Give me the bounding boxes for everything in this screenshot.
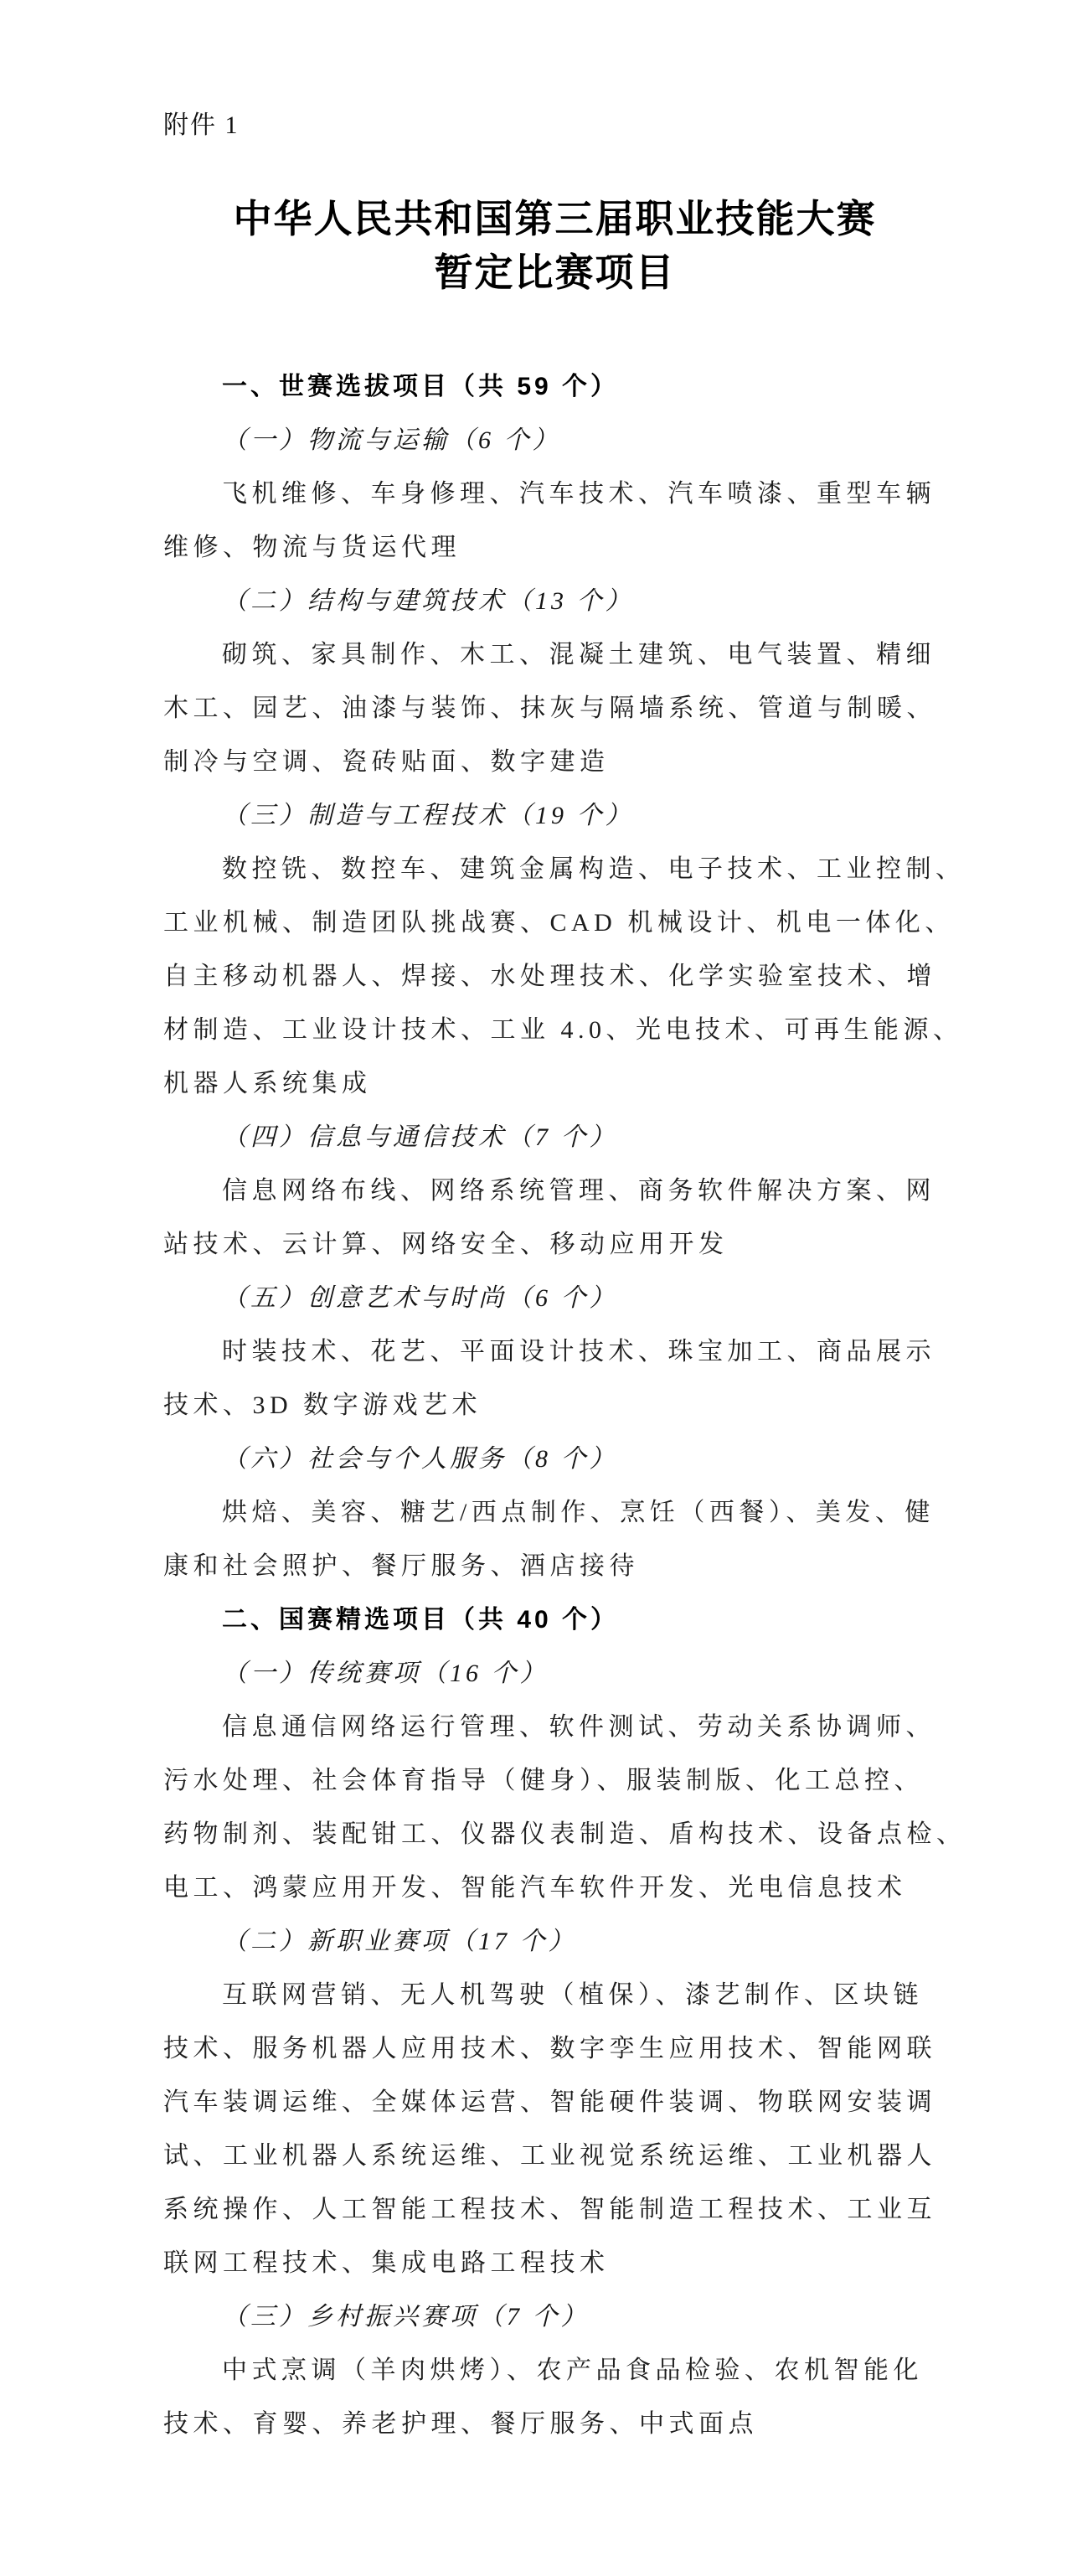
body-line: 中式烹调（羊肉烘烤）、农产品食品检验、农机智能化 [163, 2344, 946, 2398]
body-line: 制冷与空调、瓷砖贴面、数字建造 [163, 736, 946, 789]
subsection-heading: （二）新职业赛项（17 个） [163, 1915, 946, 1969]
body-line: 技术、3D 数字游戏艺术 [163, 1379, 946, 1433]
doc-title-line: 中华人民共和国第三届职业技能大赛 [163, 192, 946, 245]
body-line: 信息通信网络运行管理、软件测试、劳动关系协调师、 [163, 1701, 946, 1754]
document-page: 附件 1 中华人民共和国第三届职业技能大赛暂定比赛项目 一、世赛选拔项目（共 5… [0, 0, 1072, 2576]
subsection-heading: （六）社会与个人服务（8 个） [163, 1433, 946, 1486]
body-line: 技术、育婴、养老护理、餐厅服务、中式面点 [163, 2398, 946, 2451]
document-body: 一、世赛选拔项目（共 59 个）（一）物流与运输（6 个）飞机维修、车身修理、汽… [163, 360, 946, 2451]
subsection-heading: （二）结构与建筑技术（13 个） [163, 575, 946, 628]
doc-title: 中华人民共和国第三届职业技能大赛暂定比赛项目 [163, 192, 946, 299]
body-line: 联网工程技术、集成电路工程技术 [163, 2237, 946, 2290]
subsection-heading: （五）创意艺术与时尚（6 个） [163, 1272, 946, 1325]
body-line: 站技术、云计算、网络安全、移动应用开发 [163, 1218, 946, 1272]
document-content: 附件 1 中华人民共和国第三届职业技能大赛暂定比赛项目 一、世赛选拔项目（共 5… [0, 0, 1072, 2451]
body-line: 康和社会照护、餐厅服务、酒店接待 [163, 1540, 946, 1593]
body-line: 系统操作、人工智能工程技术、智能制造工程技术、工业互 [163, 2183, 946, 2237]
body-line: 信息网络布线、网络系统管理、商务软件解决方案、网 [163, 1164, 946, 1218]
body-line: 烘焙、美容、糖艺/西点制作、烹饪（西餐）、美发、健 [163, 1486, 946, 1540]
attachment-label: 附件 1 [163, 99, 946, 152]
body-line: 维修、物流与货运代理 [163, 521, 946, 575]
body-line: 工业机械、制造团队挑战赛、CAD 机械设计、机电一体化、 [163, 896, 946, 950]
body-line: 药物制剂、装配钳工、仪器仪表制造、盾构技术、设备点检、 [163, 1808, 946, 1861]
subsection-heading: （一）物流与运输（6 个） [163, 414, 946, 467]
body-line: 电工、鸿蒙应用开发、智能汽车软件开发、光电信息技术 [163, 1861, 946, 1915]
body-line: 机器人系统集成 [163, 1057, 946, 1111]
body-line: 互联网营销、无人机驾驶（植保）、漆艺制作、区块链 [163, 1969, 946, 2022]
body-line: 飞机维修、车身修理、汽车技术、汽车喷漆、重型车辆 [163, 467, 946, 521]
body-line: 汽车装调运维、全媒体运营、智能硬件装调、物联网安装调 [163, 2076, 946, 2129]
body-line: 污水处理、社会体育指导（健身）、服装制版、化工总控、 [163, 1754, 946, 1808]
doc-title-line: 暂定比赛项目 [163, 245, 946, 299]
body-line: 自主移动机器人、焊接、水处理技术、化学实验室技术、增 [163, 950, 946, 1004]
body-line: 试、工业机器人系统运维、工业视觉系统运维、工业机器人 [163, 2129, 946, 2183]
body-line: 数控铣、数控车、建筑金属构造、电子技术、工业控制、 [163, 843, 946, 896]
subsection-heading: （三）乡村振兴赛项（7 个） [163, 2290, 946, 2344]
subsection-heading: （四）信息与通信技术（7 个） [163, 1111, 946, 1164]
body-line: 材制造、工业设计技术、工业 4.0、光电技术、可再生能源、 [163, 1004, 946, 1057]
section-heading: 二、国赛精选项目（共 40 个） [163, 1593, 946, 1647]
body-line: 木工、园艺、油漆与装饰、抹灰与隔墙系统、管道与制暖、 [163, 682, 946, 736]
body-line: 时装技术、花艺、平面设计技术、珠宝加工、商品展示 [163, 1325, 946, 1379]
subsection-heading: （三）制造与工程技术（19 个） [163, 789, 946, 843]
subsection-heading: （一）传统赛项（16 个） [163, 1647, 946, 1701]
body-line: 砌筑、家具制作、木工、混凝土建筑、电气装置、精细 [163, 628, 946, 682]
body-line: 技术、服务机器人应用技术、数字孪生应用技术、智能网联 [163, 2022, 946, 2076]
section-heading: 一、世赛选拔项目（共 59 个） [163, 360, 946, 414]
